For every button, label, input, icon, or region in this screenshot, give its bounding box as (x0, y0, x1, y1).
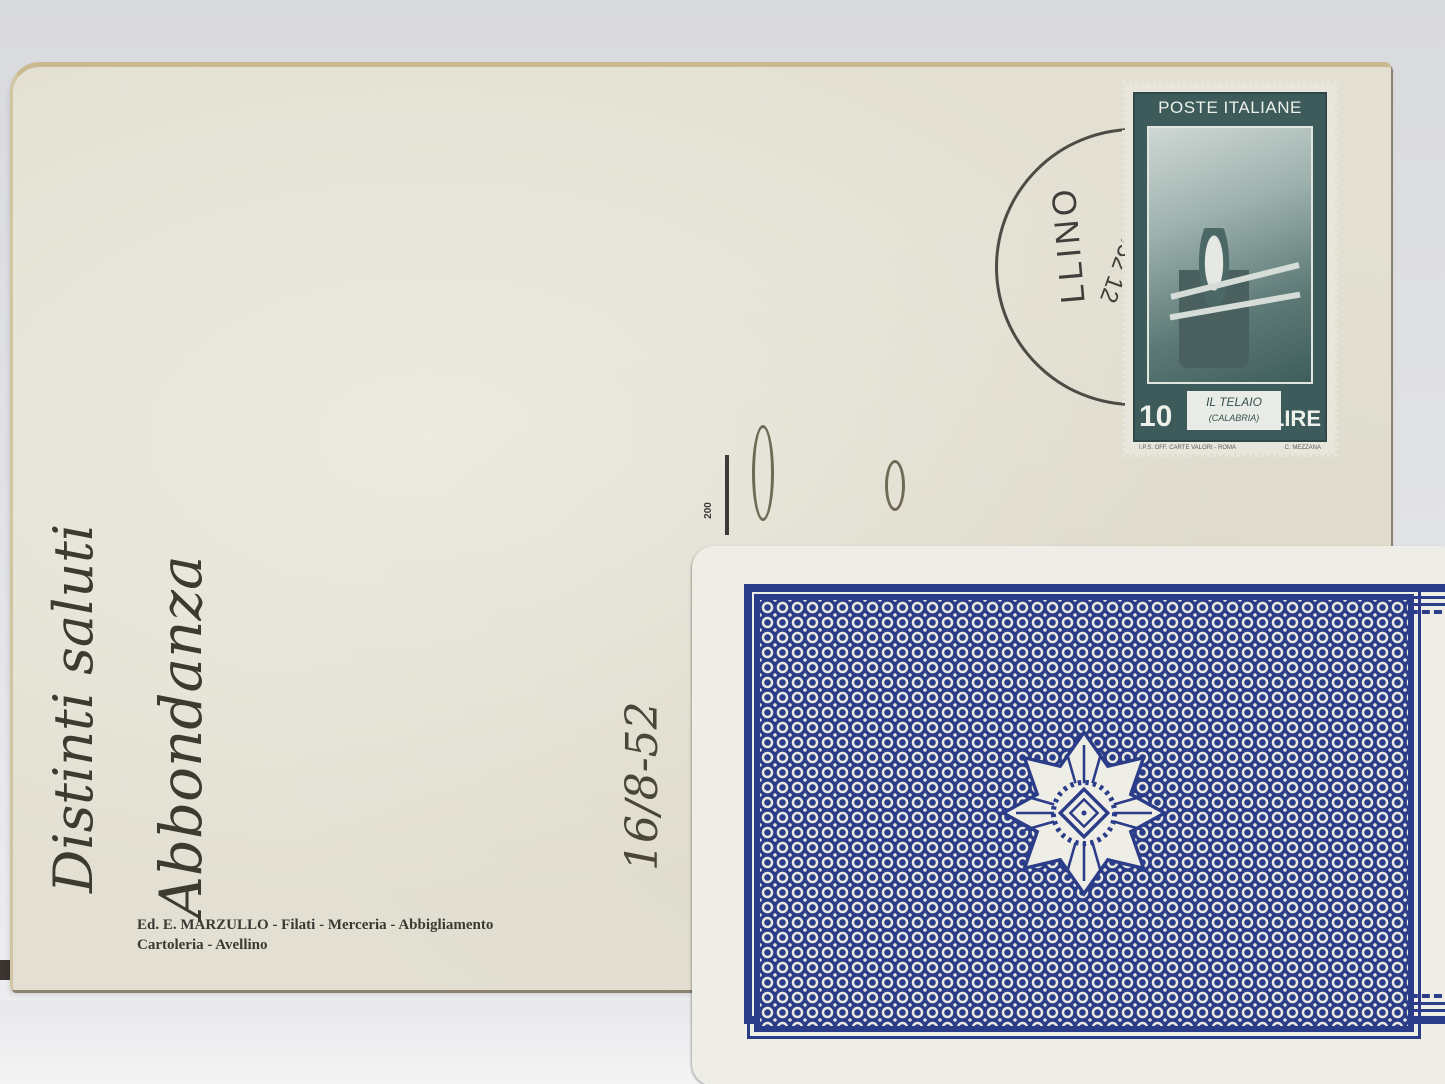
postage-stamp: POSTE ITALIANE 10 LIRE IL TELAIO (CALABR… (1125, 84, 1335, 454)
star-medallion-icon (999, 728, 1169, 898)
stamp-region: (CALABRIA) (1187, 410, 1281, 426)
stamp-imprint-left: I.P.S. OFF. CARTE VALORI - ROMA (1139, 445, 1236, 451)
publisher-line-2: Cartoleria - Avellino (137, 935, 493, 955)
handwritten-greeting: Distinti saluti (42, 524, 105, 893)
stamp-title: IL TELAIO (1206, 395, 1262, 409)
handwritten-signature: Abbondanza (147, 555, 215, 918)
publisher-imprint: Ed. E. MARZULLO - Filati - Merceria - Ab… (137, 915, 493, 955)
stamp-weaver-illustration (1147, 126, 1313, 384)
address-divider-label: 200 (703, 502, 714, 519)
publisher-line-1: Ed. E. MARZULLO - Filati - Merceria - Ab… (137, 915, 493, 935)
stamp-imprint-right: C. MEZZANA (1285, 445, 1321, 451)
address-handwriting-stroke (752, 425, 774, 521)
address-divider-line (725, 455, 729, 535)
stamp-value: 10 (1139, 400, 1172, 434)
stamp-banner: IL TELAIO (CALABRIA) (1187, 391, 1281, 430)
card-lattice-pattern (754, 594, 1414, 1032)
playing-card (692, 546, 1445, 1084)
address-handwriting-stroke (885, 460, 905, 511)
stamp-frame: POSTE ITALIANE 10 LIRE IL TELAIO (CALABR… (1133, 92, 1327, 442)
stamp-header: POSTE ITALIANE (1135, 96, 1325, 120)
stamp-imprint: I.P.S. OFF. CARTE VALORI - ROMA C. MEZZA… (1135, 445, 1325, 451)
handwritten-date: 16/8-52 (617, 701, 668, 871)
weaver-figure-icon (1179, 228, 1249, 368)
